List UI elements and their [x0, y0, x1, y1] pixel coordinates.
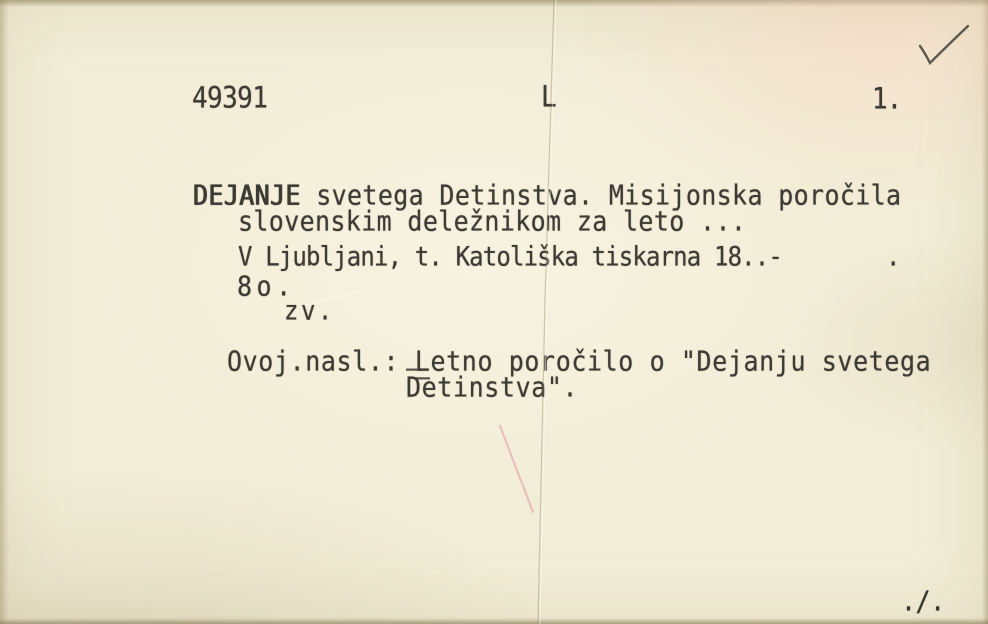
section-letter: L: [541, 84, 557, 112]
sheet-number: 1.: [872, 86, 901, 114]
card-paper: 49391 L 1. DEJANJE svetega Detinstva. Mi…: [0, 0, 988, 624]
imprint-trailing-dot: .: [886, 243, 901, 271]
pink-pencil-streak: [500, 426, 533, 512]
volumes-statement: zv.: [284, 297, 335, 325]
title-line-2: slovenskim deležnikom za leto ...: [238, 207, 746, 235]
note-prefix: Ovoj.nasl.:: [227, 345, 415, 377]
note-line-1: Ovoj.nasl.: Letno poročilo o "Dejanju sv…: [227, 347, 931, 375]
imprint-line: V Ljubljani, t. Katoliška tiskarna 18..-: [238, 243, 782, 271]
annotations-layer: [0, 0, 988, 624]
checkmark-icon: [920, 26, 968, 63]
note-line-2: Detinstva".: [406, 373, 578, 401]
footer-continuation-mark: ./.: [901, 587, 945, 615]
accession-number: 49391: [192, 85, 267, 113]
note-overlined-letter: D: [406, 369, 422, 404]
note-line-2-rest: etinstva".: [422, 371, 579, 403]
catalog-card-scan: 49391 L 1. DEJANJE svetega Detinstva. Mi…: [0, 0, 988, 624]
